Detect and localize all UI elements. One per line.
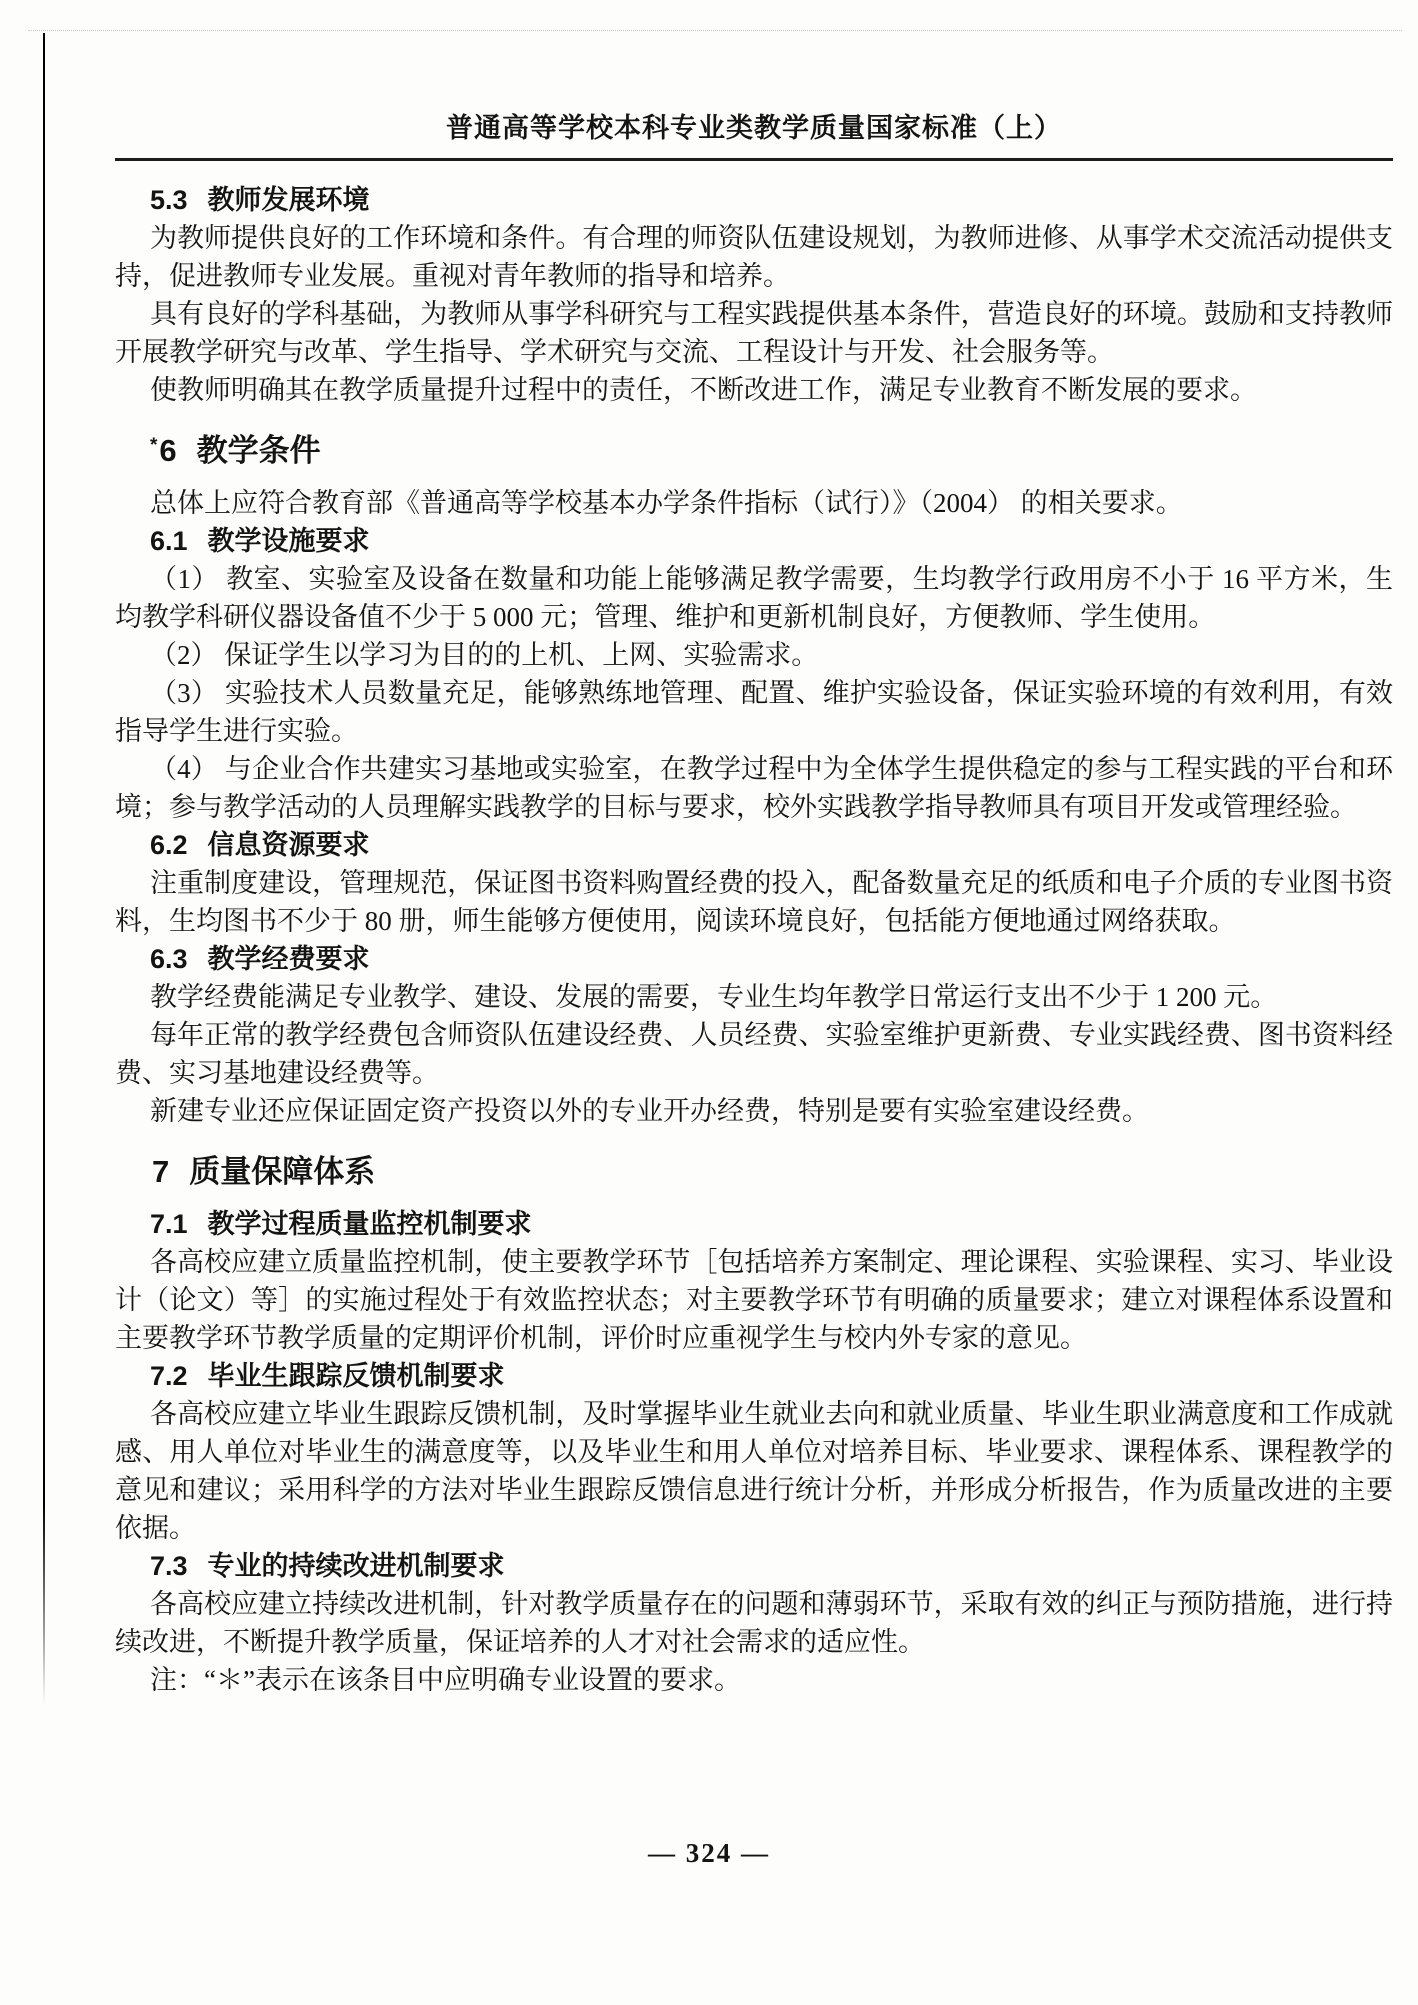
paragraph: 各高校应建立毕业生跟踪反馈机制，及时掌握毕业生就业去向和就业质量、毕业生职业满意…: [115, 1395, 1393, 1547]
paragraph: 各高校应建立质量监控机制，使主要教学环节［包括培养方案制定、理论课程、实验课程、…: [115, 1243, 1393, 1357]
footnote: 注：“＊”表示在该条目中应明确专业设置的要求。: [115, 1661, 1393, 1699]
paragraph: 总体上应符合教育部《普通高等学校基本办学条件指标（试行）》（2004） 的相关要…: [115, 484, 1393, 522]
section-title: 毕业生跟踪反馈机制要求: [208, 1361, 505, 1391]
document-body: 5.3教师发展环境 为教师提供良好的工作环境和条件。有合理的师资队伍建设规划，为…: [115, 181, 1393, 1699]
section-heading-6-2: 6.2信息资源要求: [115, 826, 1393, 864]
section-title: 信息资源要求: [208, 830, 370, 860]
section-heading-5-3: 5.3教师发展环境: [115, 181, 1393, 219]
chapter-title: 质量保障体系: [189, 1154, 375, 1189]
paragraph: 教学经费能满足专业教学、建设、发展的需要，专业生均年教学日常运行支出不少于 1 …: [115, 978, 1393, 1016]
section-number: 7.2: [150, 1361, 188, 1391]
paragraph: 使教师明确其在教学质量提升过程中的责任，不断改进工作，满足专业教育不断发展的要求…: [115, 371, 1393, 409]
section-title: 专业的持续改进机制要求: [208, 1551, 505, 1581]
paragraph: 每年正常的教学经费包含师资队伍建设经费、人员经费、实验室维护更新费、专业实践经费…: [115, 1016, 1393, 1092]
paragraph: 注重制度建设，管理规范，保证图书资料购置经费的投入，配备数量充足的纸质和电子介质…: [115, 864, 1393, 940]
chapter-title: 教学条件: [197, 433, 321, 468]
chapter-heading-7: 7质量保障体系: [150, 1146, 1393, 1193]
section-number: 5.3: [150, 185, 188, 215]
section-heading-7-3: 7.3专业的持续改进机制要求: [115, 1547, 1393, 1585]
asterisk-marker: *: [150, 435, 157, 456]
section-title: 教学经费要求: [208, 944, 370, 974]
scan-artifact-top-line: [28, 30, 1402, 31]
scan-artifact-spine-line: [43, 33, 45, 1705]
paragraph: （1） 教室、实验室及设备在数量和功能上能够满足教学需要，生均教学行政用房不小于…: [115, 560, 1393, 636]
section-title: 教学设施要求: [208, 526, 370, 556]
paragraph: （4） 与企业合作共建实习基地或实验室，在教学过程中为全体学生提供稳定的参与工程…: [115, 750, 1393, 826]
section-number: 6.3: [150, 944, 188, 974]
chapter-number: 7: [152, 1154, 169, 1189]
chapter-heading-6: *6教学条件: [150, 425, 1393, 472]
section-heading-6-1: 6.1教学设施要求: [115, 522, 1393, 560]
section-number: 7.3: [150, 1551, 188, 1581]
paragraph: 新建专业还应保证固定资产投资以外的专业开办经费，特别是要有实验室建设经费。: [115, 1092, 1393, 1130]
section-heading-7-2: 7.2毕业生跟踪反馈机制要求: [115, 1357, 1393, 1395]
section-heading-6-3: 6.3教学经费要求: [115, 940, 1393, 978]
page-number: — 324 —: [0, 1838, 1418, 1869]
section-title: 教学过程质量监控机制要求: [208, 1209, 532, 1239]
running-header-title: 普通高等学校本科专业类教学质量国家标准（上）: [115, 106, 1393, 161]
page-content: 普通高等学校本科专业类教学质量国家标准（上） 5.3教师发展环境 为教师提供良好…: [115, 106, 1393, 1699]
chapter-number: 6: [159, 433, 176, 468]
paragraph: 为教师提供良好的工作环境和条件。有合理的师资队伍建设规划，为教师进修、从事学术交…: [115, 219, 1393, 295]
paragraph: （3） 实验技术人员数量充足，能够熟练地管理、配置、维护实验设备，保证实验环境的…: [115, 674, 1393, 750]
section-title: 教师发展环境: [208, 185, 370, 215]
scanned-document-page: { "header": { "title": "普通高等学校本科专业类教学质量国…: [0, 0, 1418, 2005]
section-heading-7-1: 7.1教学过程质量监控机制要求: [115, 1205, 1393, 1243]
section-number: 7.1: [150, 1209, 188, 1239]
paragraph: 具有良好的学科基础，为教师从事学科研究与工程实践提供基本条件，营造良好的环境。鼓…: [115, 295, 1393, 371]
paragraph: 各高校应建立持续改进机制，针对教学质量存在的问题和薄弱环节，采取有效的纠正与预防…: [115, 1585, 1393, 1661]
section-number: 6.1: [150, 526, 188, 556]
paragraph: （2） 保证学生以学习为目的的上机、上网、实验需求。: [115, 636, 1393, 674]
section-number: 6.2: [150, 830, 188, 860]
